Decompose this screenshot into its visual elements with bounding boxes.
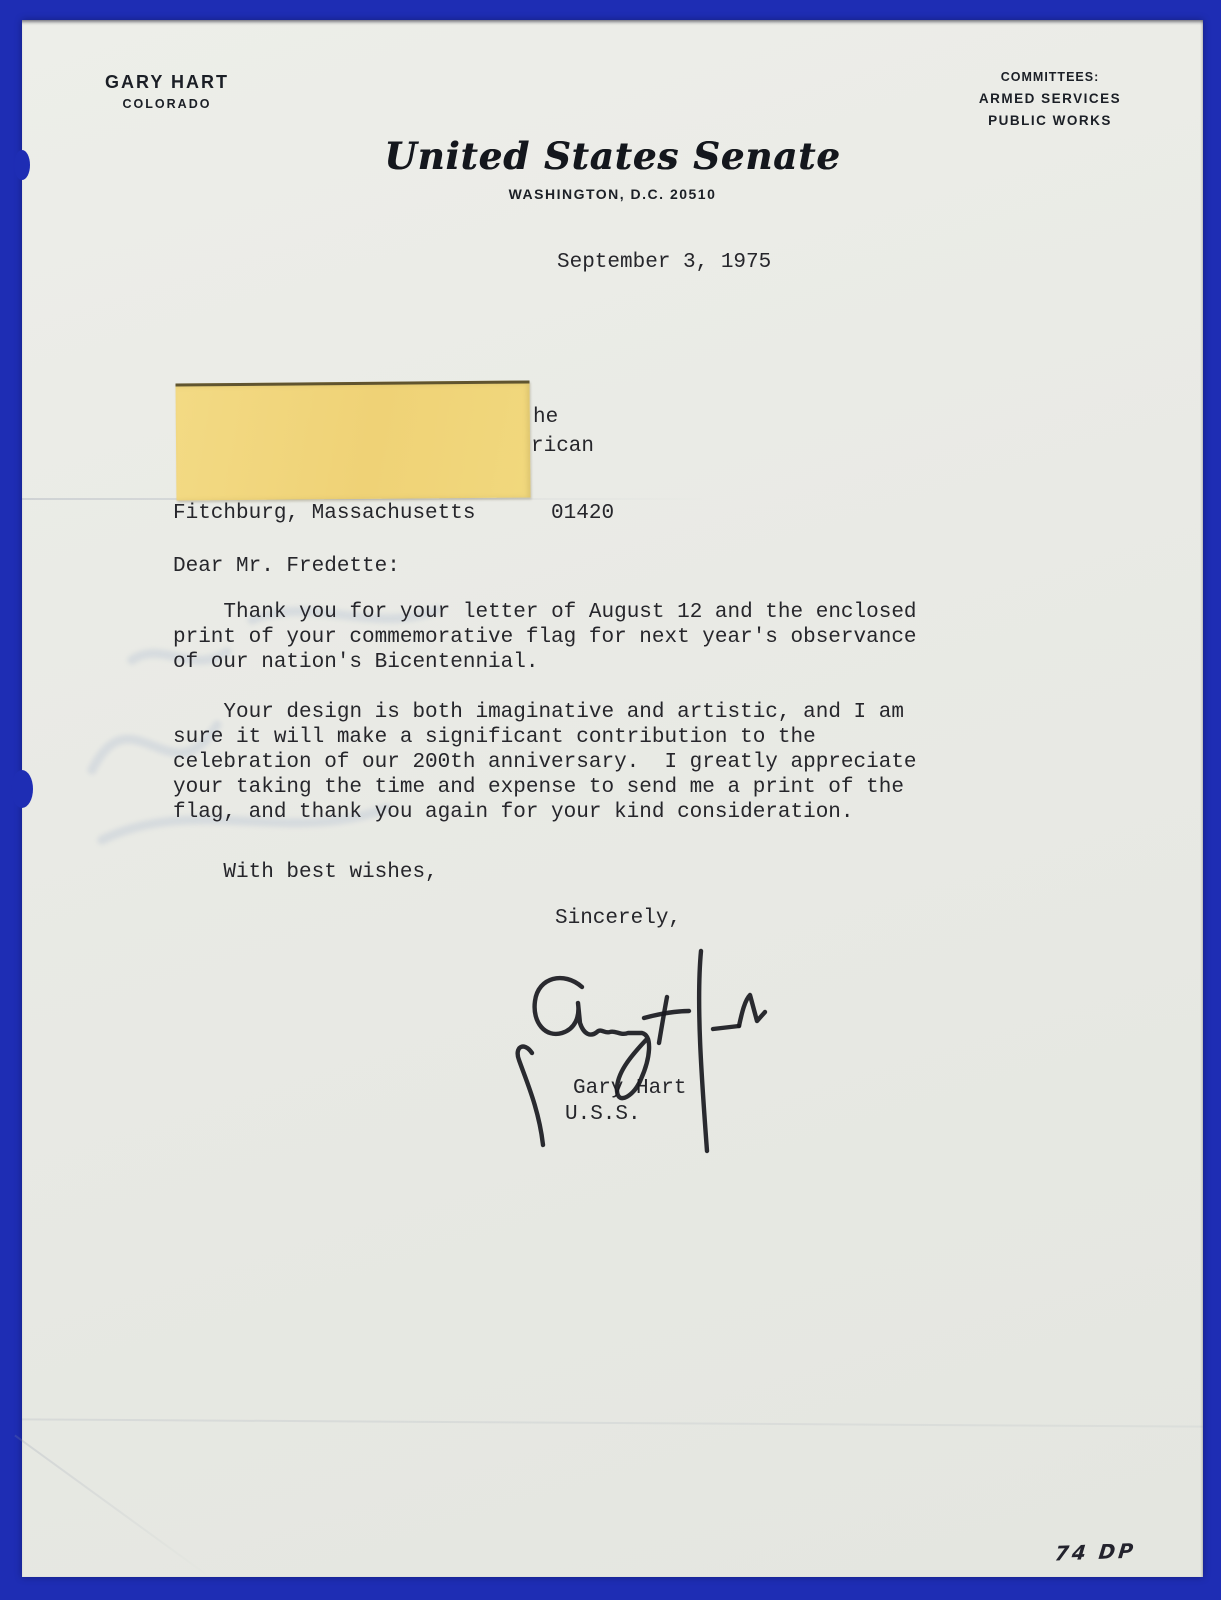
senate-letterhead-title: United States Senate bbox=[22, 134, 1203, 178]
salutation: Dear Mr. Fredette: bbox=[173, 554, 400, 579]
scan-background: { "scene": { "background_color": "#1e2db… bbox=[0, 0, 1221, 1600]
paper-notch-middle bbox=[11, 770, 33, 808]
letterhead-committees-block: COMMITTEES: ARMED SERVICES PUBLIC WORKS bbox=[945, 70, 1155, 128]
best-wishes-line: With best wishes, bbox=[173, 860, 438, 885]
fold-crease-corner bbox=[14, 1435, 209, 1578]
body-paragraph-1: Thank you for your letter of August 12 a… bbox=[173, 600, 917, 675]
letterhead-address: WASHINGTON, D.C. 20510 bbox=[22, 186, 1203, 202]
address-city-line: Fitchburg, Massachusetts 01420 bbox=[173, 501, 614, 526]
handwritten-annotation: 74 DP bbox=[1054, 1539, 1138, 1566]
letter-paper: GARY HART COLORADO COMMITTEES: ARMED SER… bbox=[22, 20, 1203, 1577]
valediction: Sincerely, bbox=[555, 906, 681, 931]
committee-item: ARMED SERVICES bbox=[945, 91, 1155, 106]
date-line: September 3, 1975 bbox=[557, 250, 771, 275]
address-fragment-line-2: rican bbox=[531, 434, 594, 459]
committees-heading: COMMITTEES: bbox=[945, 70, 1155, 84]
body-paragraph-2: Your design is both imaginative and arti… bbox=[173, 700, 917, 825]
sender-name: GARY HART bbox=[62, 72, 272, 93]
letterhead-sender-block: GARY HART COLORADO bbox=[62, 72, 272, 111]
fold-crease-bottom bbox=[22, 1418, 1203, 1427]
gary-hart-signature-icon bbox=[492, 945, 782, 1160]
redaction-sticker bbox=[175, 380, 530, 500]
committee-item: PUBLIC WORKS bbox=[945, 113, 1155, 128]
address-fragment-line-1: he bbox=[533, 405, 558, 430]
sender-state: COLORADO bbox=[62, 97, 272, 111]
